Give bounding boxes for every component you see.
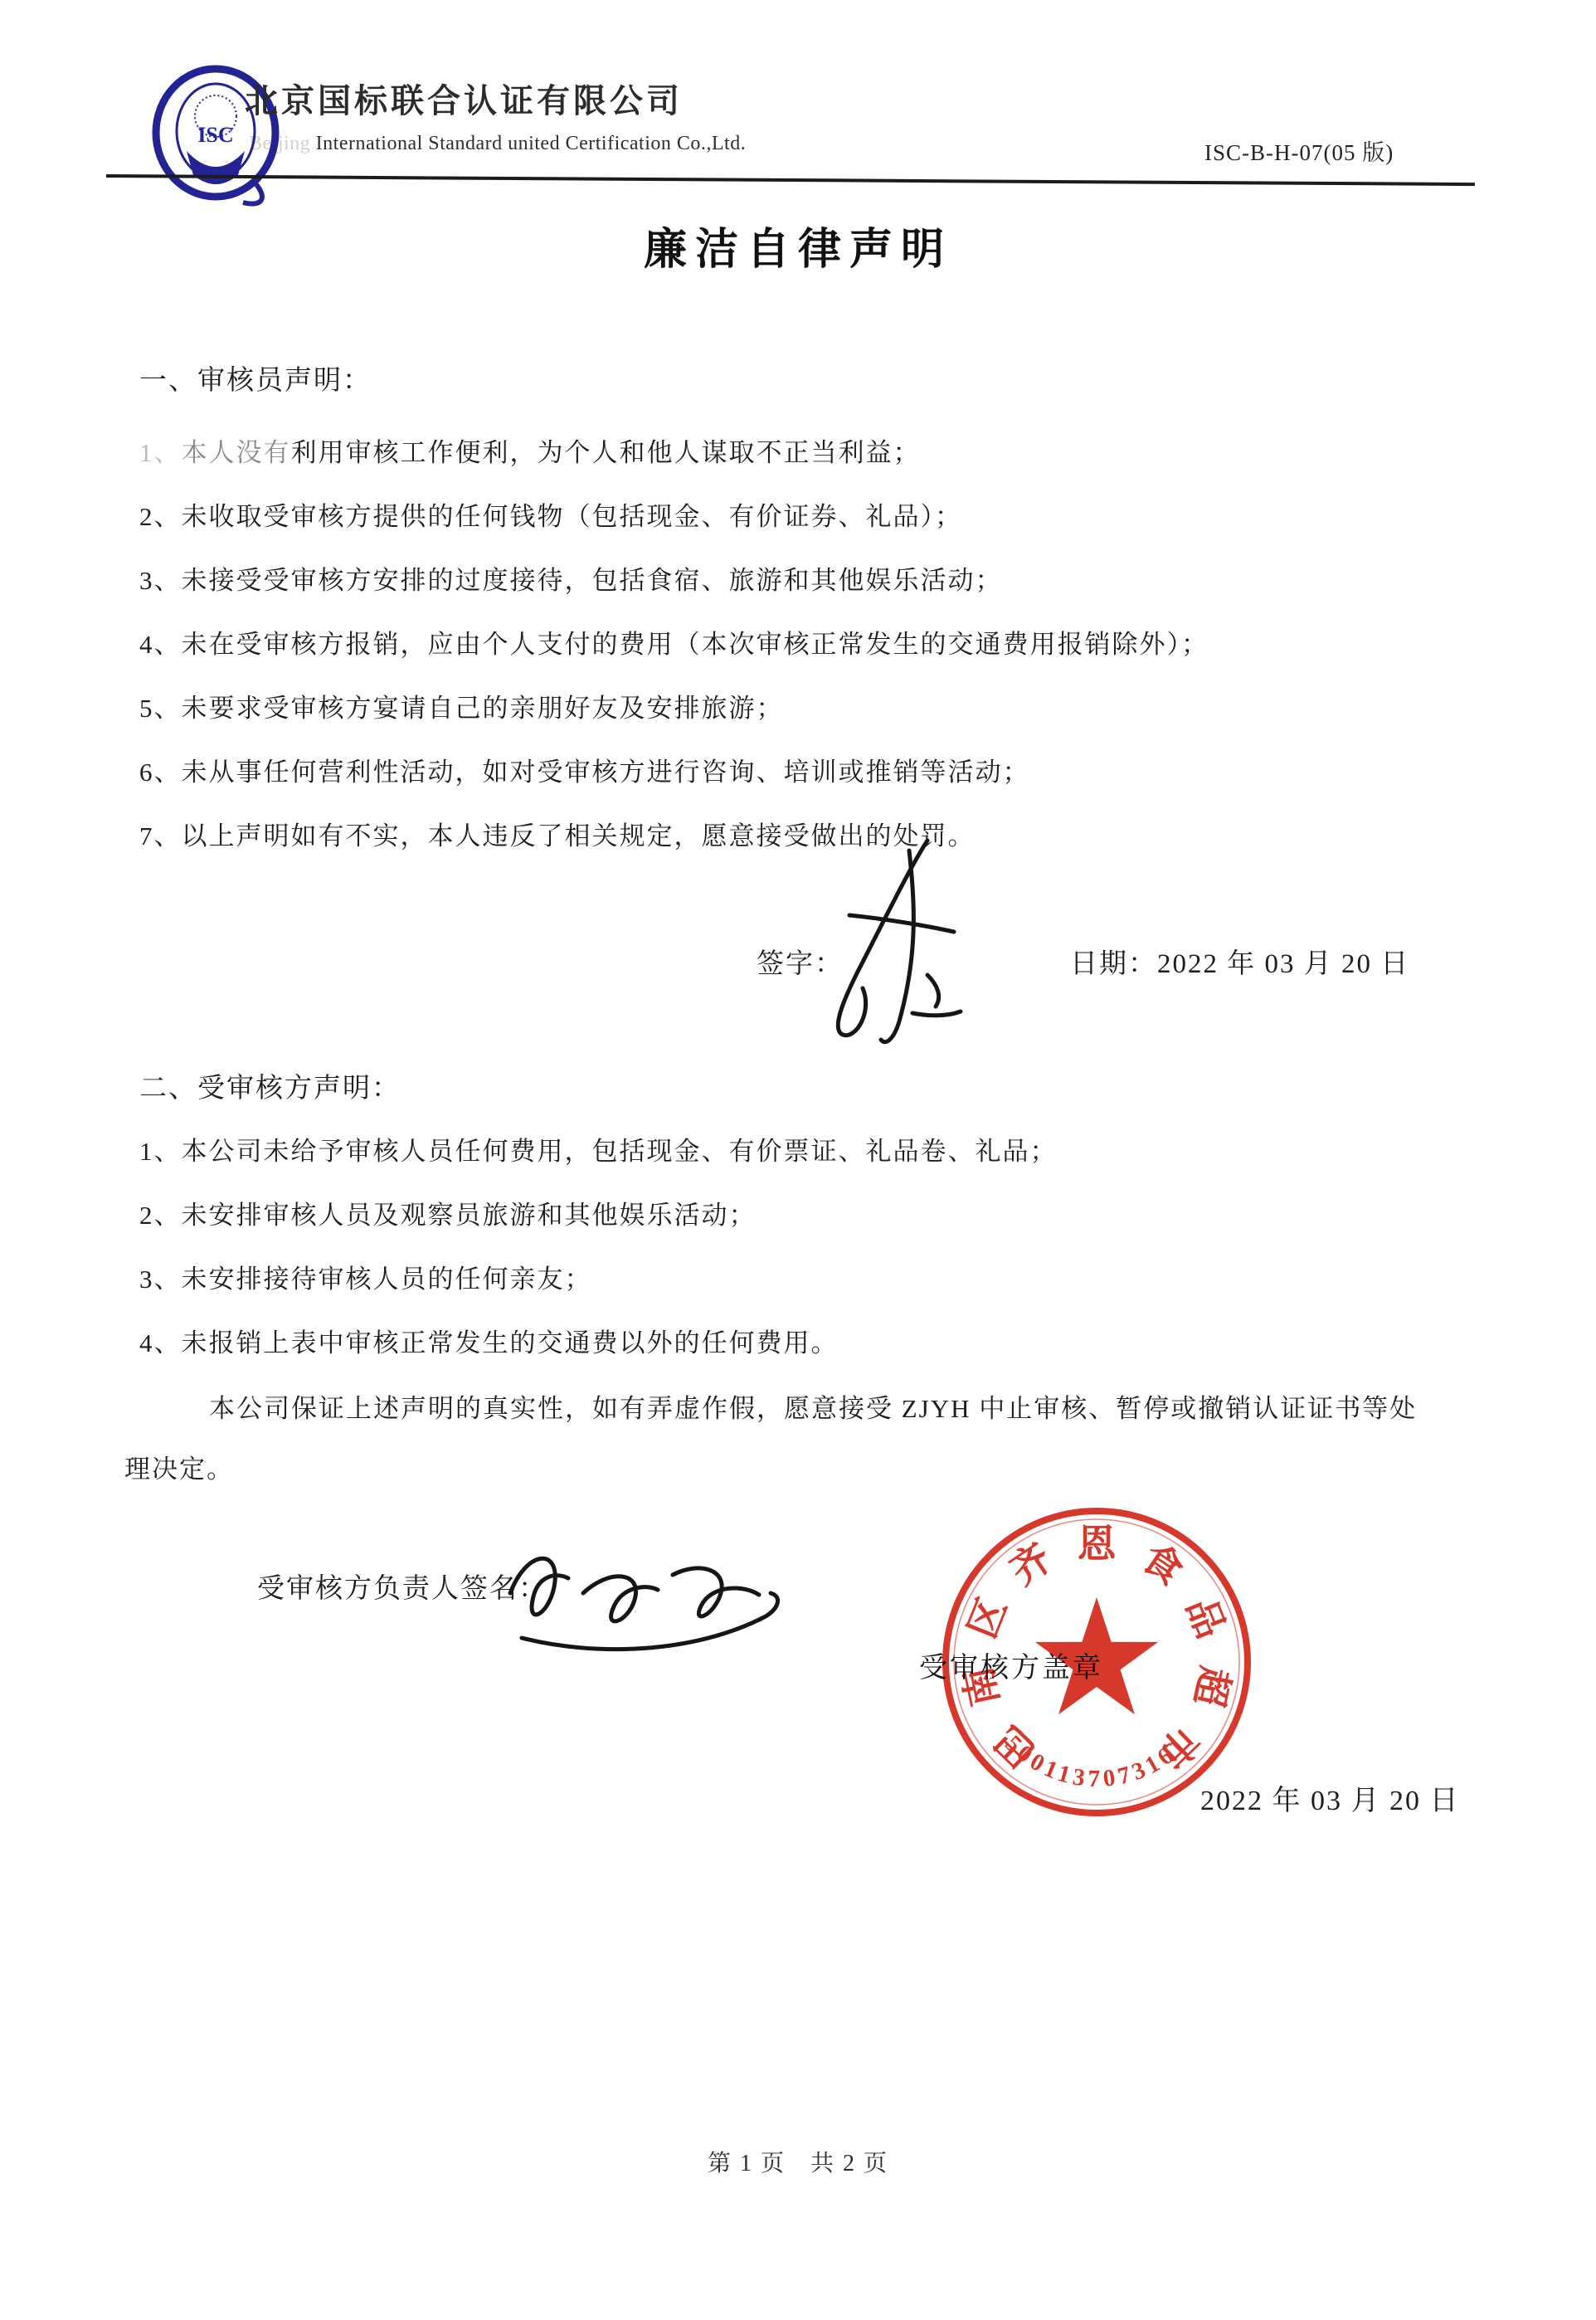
declaration-item: 5、未要求受审核方宴请自己的亲朋好友及安排旅游； bbox=[139, 687, 1209, 751]
closing-statement-line2: 理决定。 bbox=[124, 1448, 234, 1485]
declaration-item: 4、未在受审核方报销，应由个人支付的费用（本次审核正常发生的交通费用报销除外）； bbox=[139, 623, 1209, 687]
closing-statement-line1: 本公司保证上述声明的真实性，如有弄虚作假，愿意接受 ZJYH 中止审核、暂停或撤… bbox=[209, 1387, 1417, 1425]
declaration-item: 7、以上声明如有不实，本人违反了相关规定，愿意接受做出的处罚。 bbox=[139, 815, 1209, 879]
svg-text:食: 食 bbox=[1134, 1536, 1190, 1593]
declaration-item-faded: 1、本人没有利用审核工作便利，为个人和他人谋取不正当利益； bbox=[139, 431, 921, 469]
section1-heading: 一、审核员声明： bbox=[139, 358, 372, 397]
company-name-en-rest: International Standard united Certificat… bbox=[310, 133, 746, 154]
page-title: 廉洁自律声明 bbox=[0, 214, 1596, 276]
item1-text: 利用审核工作便利，为个人和他人谋取不正当利益； bbox=[291, 438, 921, 467]
svg-text:超: 超 bbox=[1186, 1663, 1237, 1710]
logo-text: ISC bbox=[197, 123, 233, 147]
company-name-en: Beijing International Standard united Ce… bbox=[249, 133, 746, 155]
declaration-item: 3、未接受受审核方安排的过度接待，包括食宿、旅游和其他娱乐活动； bbox=[139, 559, 1209, 623]
svg-text:齐: 齐 bbox=[1003, 1536, 1059, 1593]
document-page: ISC 北京国标联合认证有限公司 Beijing International S… bbox=[0, 0, 1596, 2320]
document-code: ISC-B-H-07(05 版) bbox=[1204, 134, 1394, 167]
auditee-stamp-date: 2022 年 03 月 20 日 bbox=[1200, 1777, 1460, 1818]
logo-wedge bbox=[187, 151, 245, 184]
declaration-item: 2、未收取受审核方提供的任何钱物（包括现金、有价证券、礼品）； bbox=[139, 495, 1209, 559]
item1-number: 1、 bbox=[139, 438, 182, 467]
section2-items: 1、本公司未给予审核人员任何费用，包括现金、有价票证、礼品卷、礼品；2、未安排审… bbox=[139, 1130, 1058, 1386]
declaration-item: 2、未安排审核人员及观察员旅游和其他娱乐活动； bbox=[139, 1194, 1058, 1258]
section2-heading: 二、受审核方声明： bbox=[139, 1066, 401, 1105]
company-name-cn: 北京国标联合认证有限公司 bbox=[245, 75, 683, 122]
company-name-en-faded: Beijing bbox=[249, 133, 310, 154]
header-divider bbox=[106, 174, 1475, 186]
item1-faded-text: 本人没有 bbox=[182, 438, 291, 467]
section1-items: 2、未收取受审核方提供的任何钱物（包括现金、有价证券、礼品）；3、未接受受审核方… bbox=[139, 495, 1209, 879]
declaration-item: 3、未安排接待审核人员的任何亲友； bbox=[139, 1258, 1058, 1322]
page-number: 第 1 页 共 2 页 bbox=[0, 2145, 1596, 2178]
auditor-signature-handwriting bbox=[803, 826, 977, 1058]
auditee-stamp-label: 受审核方盖章 bbox=[919, 1645, 1103, 1685]
declaration-item: 4、未报销上表中审核正常发生的交通费以外的任何费用。 bbox=[139, 1322, 1058, 1386]
svg-text:品: 品 bbox=[1178, 1592, 1233, 1645]
svg-text:恩: 恩 bbox=[1078, 1523, 1117, 1567]
auditor-date: 日期：2022 年 03 月 20 日 bbox=[1070, 942, 1409, 981]
svg-text:区: 区 bbox=[961, 1592, 1015, 1645]
auditee-signature-handwriting bbox=[485, 1517, 800, 1674]
declaration-item: 6、未从事任何营利性活动，如对受审核方进行咨询、培训或推销等活动； bbox=[139, 751, 1209, 815]
declaration-item: 1、本公司未给予审核人员任何费用，包括现金、有价票证、礼品卷、礼品； bbox=[139, 1130, 1058, 1194]
